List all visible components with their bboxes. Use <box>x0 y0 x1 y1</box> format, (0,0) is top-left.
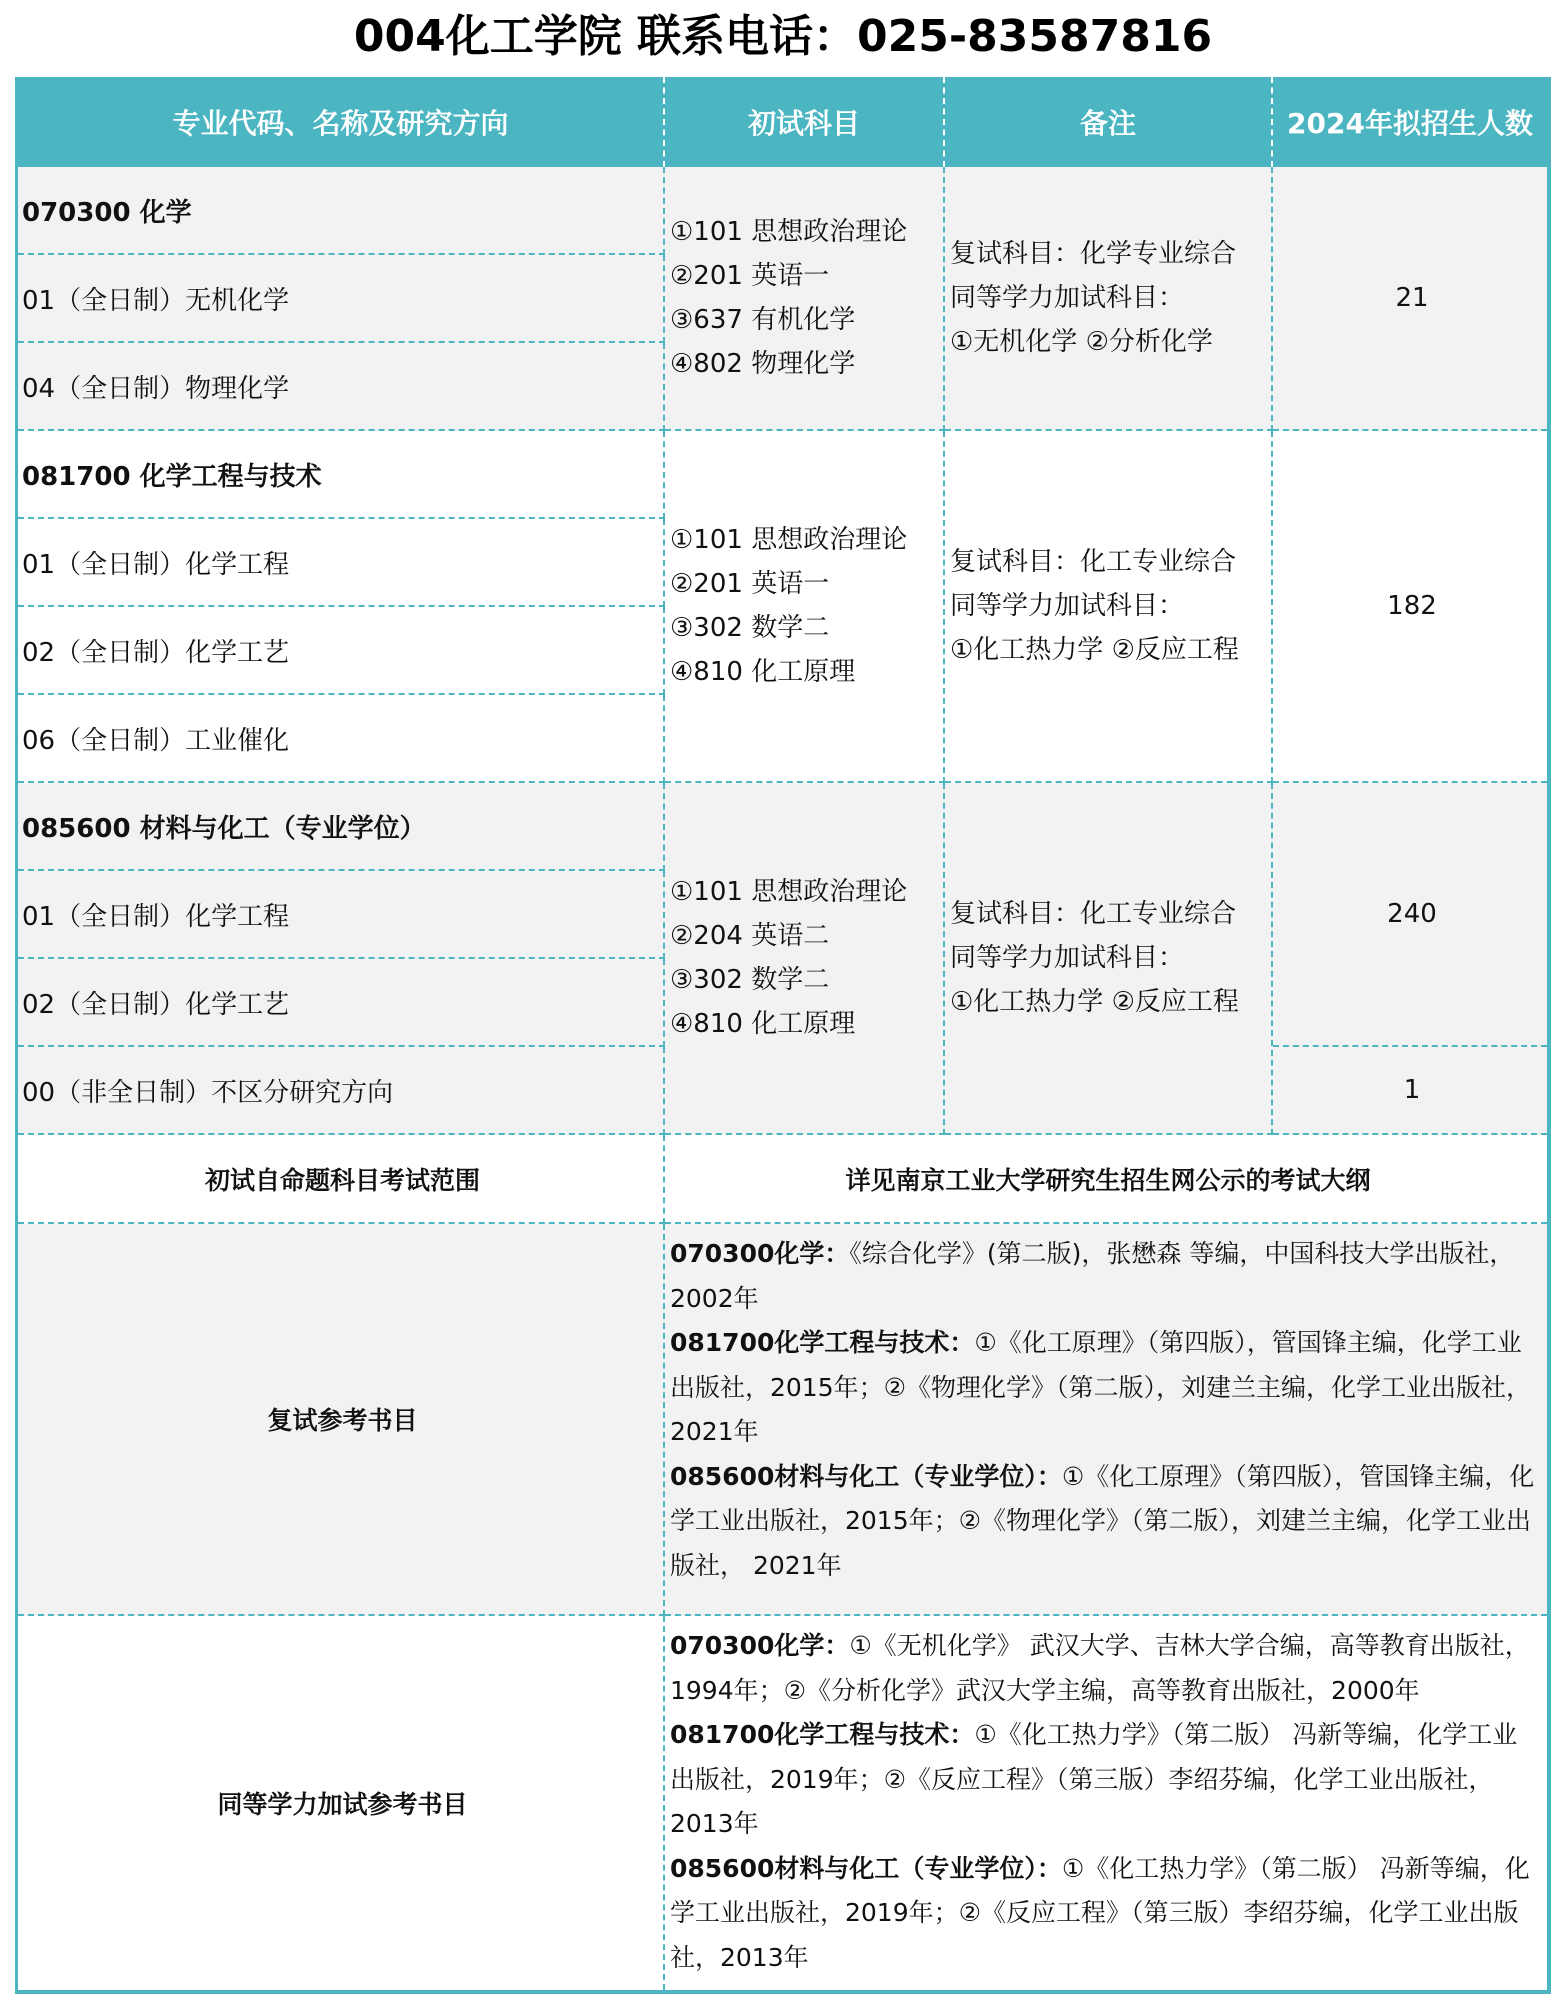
retest-books-list: 070300化学：《综合化学》(第二版)，张懋森 等编，中国科技大学出版社，20… <box>665 1224 1547 1616</box>
quota-value: 182 <box>1273 431 1547 783</box>
note-line: 同等学力加试科目： <box>950 936 1271 980</box>
book-program: 085600材料与化工（专业学位）： <box>670 1462 1062 1491</box>
notes: 复试科目：化工专业综合 同等学力加试科目： ①化工热力学 ②反应工程 <box>945 783 1273 1135</box>
admissions-table: 专业代码、名称及研究方向 初试科目 备注 2024年拟招生人数 070300 化… <box>15 77 1551 1994</box>
quota-part-time-value: 1 <box>1273 1047 1547 1135</box>
note-line: ①无机化学 ②分析化学 <box>950 320 1271 364</box>
subject-item: ②201 英语一 <box>670 562 943 606</box>
direction-item: 02（全日制）化学工艺 <box>18 607 665 695</box>
notes: 复试科目：化工专业综合 同等学力加试科目： ①化工热力学 ②反应工程 <box>945 431 1273 783</box>
subject-item: ①101 思想政治理论 <box>670 518 943 562</box>
note-line: 同等学力加试科目： <box>950 276 1271 320</box>
page-title: 004化工学院 联系电话：025-83587816 <box>0 6 1566 68</box>
note-line: ①化工热力学 ②反应工程 <box>950 628 1271 672</box>
program-name: 070300 化学 <box>18 167 665 255</box>
subject-item: ④802 物理化学 <box>670 342 943 386</box>
subject-item: ①101 思想政治理论 <box>670 210 943 254</box>
direction-item: 01（全日制）无机化学 <box>18 255 665 343</box>
header-program: 专业代码、名称及研究方向 <box>18 77 665 167</box>
retest-books-label: 复试参考书目 <box>18 1224 665 1616</box>
program-name: 085600 材料与化工（专业学位） <box>18 783 665 871</box>
book-entry: 085600材料与化工（专业学位）：①《化工原理》（第四版），管国锋主编，化学工… <box>670 1455 1541 1589</box>
note-line: ①化工热力学 ②反应工程 <box>950 980 1271 1024</box>
subject-item: ③302 数学二 <box>670 958 943 1002</box>
book-program: 081700化学工程与技术： <box>670 1720 974 1749</box>
exam-subjects: ①101 思想政治理论 ②201 英语一 ③302 数学二 ④810 化工原理 <box>665 431 945 783</box>
book-program: 085600材料与化工（专业学位）： <box>670 1854 1062 1883</box>
book-program: 081700化学工程与技术： <box>670 1328 974 1357</box>
program-name: 081700 化学工程与技术 <box>18 431 665 519</box>
subject-item: ③637 有机化学 <box>670 298 943 342</box>
note-line: 复试科目：化工专业综合 <box>950 540 1271 584</box>
note-line: 复试科目：化工专业综合 <box>950 892 1271 936</box>
notes: 复试科目：化学专业综合 同等学力加试科目： ①无机化学 ②分析化学 <box>945 167 1273 431</box>
exam-subjects: ①101 思想政治理论 ②204 英语二 ③302 数学二 ④810 化工原理 <box>665 783 945 1135</box>
subject-item: ②201 英语一 <box>670 254 943 298</box>
book-entry: 081700化学工程与技术：①《化工原理》（第四版），管国锋主编，化学工业出版社… <box>670 1321 1541 1455</box>
equivalent-books-label: 同等学力加试参考书目 <box>18 1616 665 1990</box>
book-entry: 070300化学：①《无机化学》 武汉大学、吉林大学合编，高等教育出版社，199… <box>670 1624 1541 1713</box>
subject-item: ①101 思想政治理论 <box>670 870 943 914</box>
book-program: 070300化学： <box>670 1631 849 1660</box>
subject-item: ②204 英语二 <box>670 914 943 958</box>
book-program: 070300化学： <box>670 1239 849 1268</box>
exam-scope-value: 详见南京工业大学研究生招生网公示的考试大纲 <box>665 1135 1547 1224</box>
exam-scope-label: 初试自命题科目考试范围 <box>18 1135 665 1224</box>
book-entry: 081700化学工程与技术：①《化工热力学》（第二版） 冯新等编，化学工业出版社… <box>670 1713 1541 1847</box>
quota-value: 21 <box>1273 167 1547 431</box>
book-entry: 070300化学：《综合化学》(第二版)，张懋森 等编，中国科技大学出版社，20… <box>670 1232 1541 1321</box>
note-line: 同等学力加试科目： <box>950 584 1271 628</box>
book-entry: 085600材料与化工（专业学位）：①《化工热力学》（第二版） 冯新等编，化学工… <box>670 1847 1541 1981</box>
direction-item: 02（全日制）化学工艺 <box>18 959 665 1047</box>
equivalent-books-list: 070300化学：①《无机化学》 武汉大学、吉林大学合编，高等教育出版社，199… <box>665 1616 1547 1990</box>
quota-value: 240 <box>1273 783 1547 1047</box>
header-subjects: 初试科目 <box>665 77 945 167</box>
direction-item: 04（全日制）物理化学 <box>18 343 665 431</box>
direction-item: 00（非全日制）不区分研究方向 <box>18 1047 665 1135</box>
subject-item: ④810 化工原理 <box>670 1002 943 1046</box>
subject-item: ③302 数学二 <box>670 606 943 650</box>
direction-item: 06（全日制）工业催化 <box>18 695 665 783</box>
header-notes: 备注 <box>945 77 1273 167</box>
exam-subjects: ①101 思想政治理论 ②201 英语一 ③637 有机化学 ④802 物理化学 <box>665 167 945 431</box>
direction-item: 01（全日制）化学工程 <box>18 519 665 607</box>
subject-item: ④810 化工原理 <box>670 650 943 694</box>
note-line: 复试科目：化学专业综合 <box>950 232 1271 276</box>
direction-item: 01（全日制）化学工程 <box>18 871 665 959</box>
header-quota: 2024年拟招生人数 <box>1273 77 1547 167</box>
